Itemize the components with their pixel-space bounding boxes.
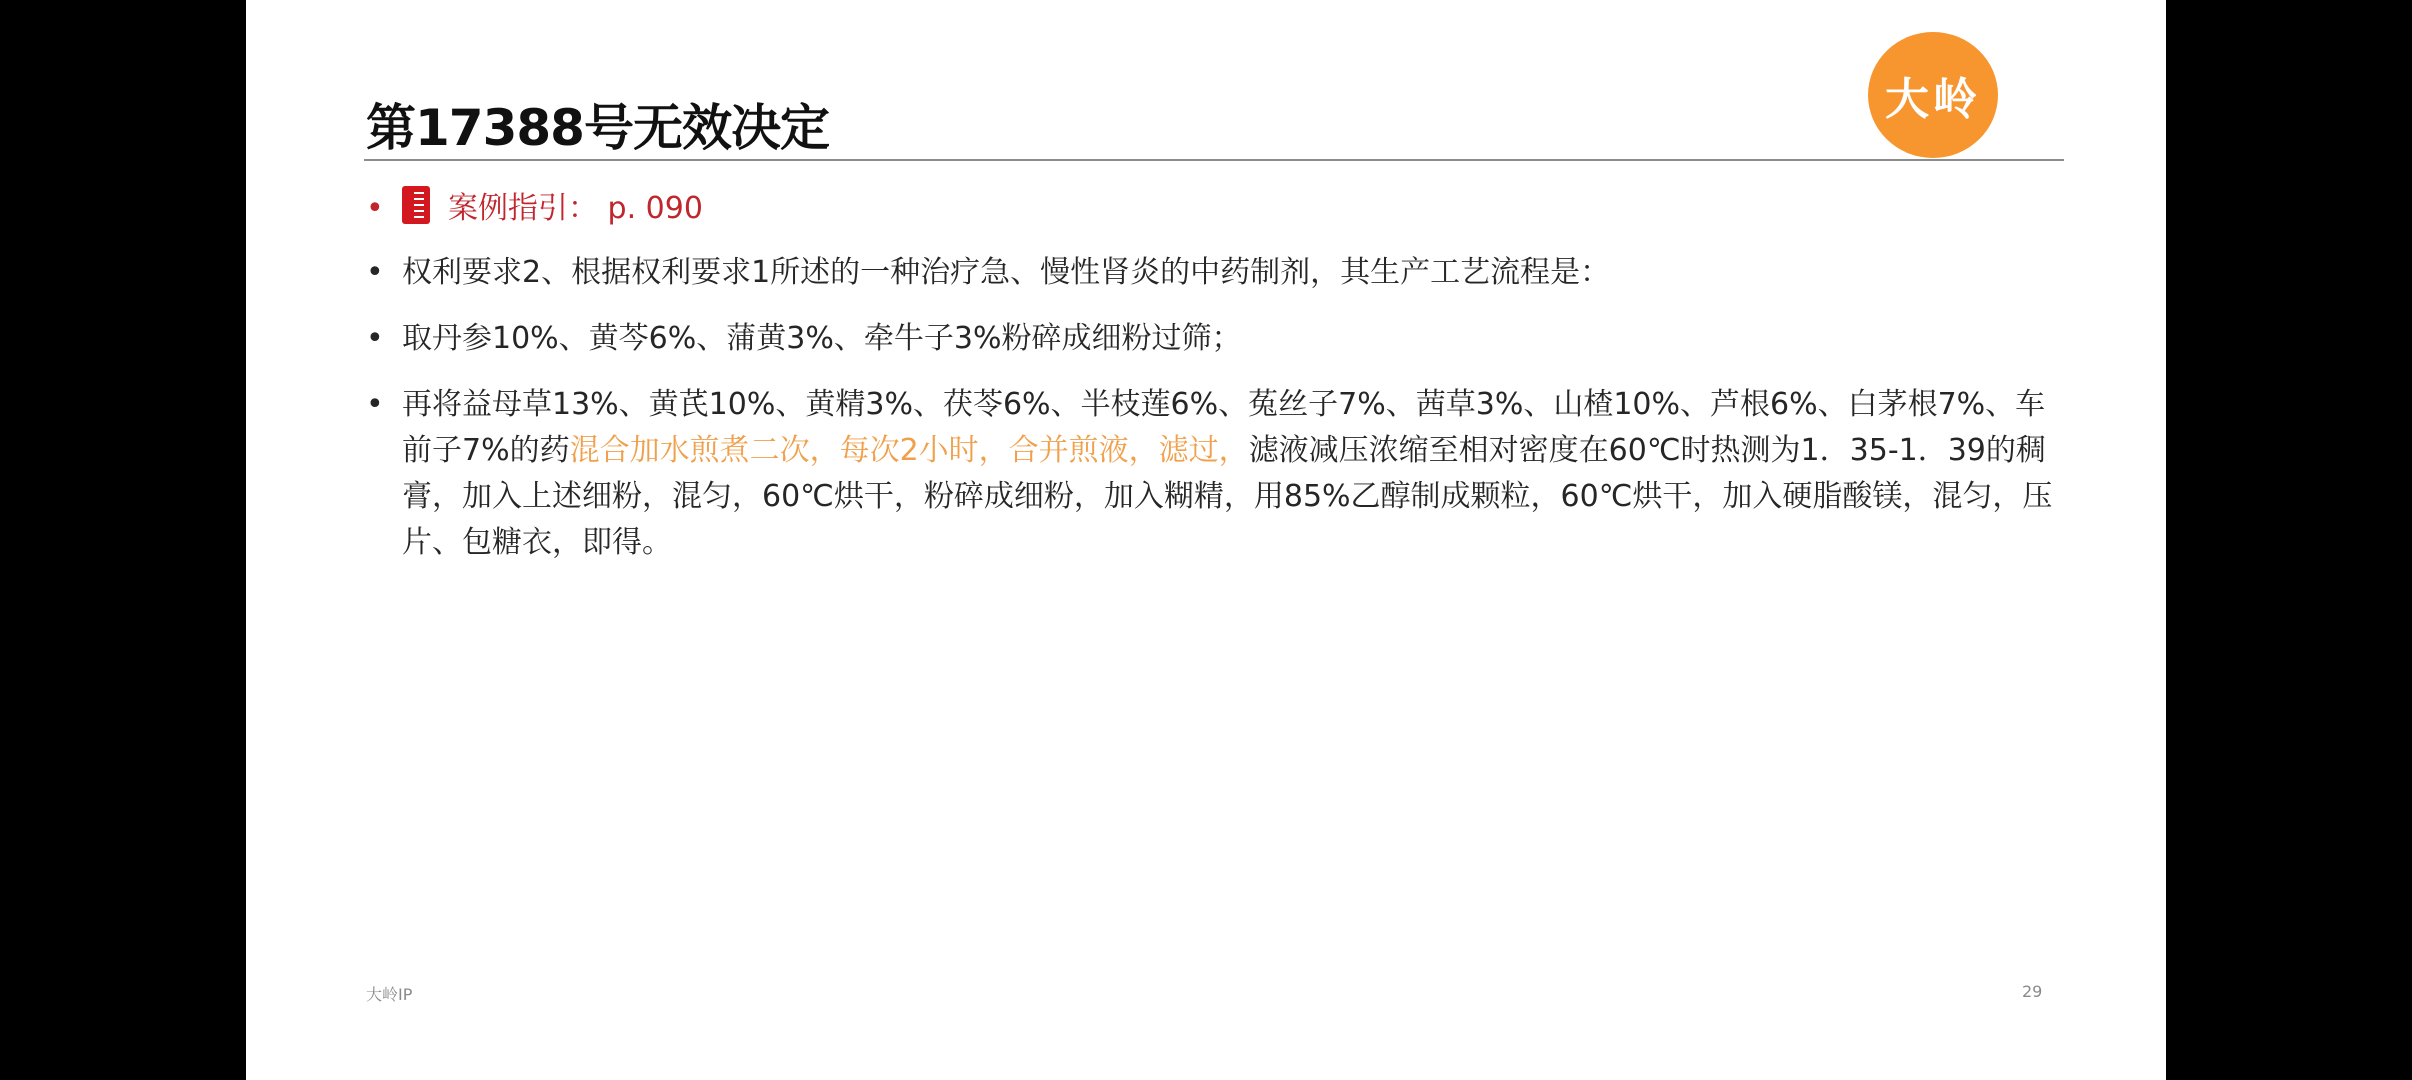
page-number: 29 [2022,982,2042,1001]
bullet-dot-icon: • [366,316,384,362]
book-icon [402,186,430,224]
bullet-step-2: • 再将益母草13%、黄芪10%、黄精3%、茯苓6%、半枝莲6%、菟丝子7%、茜… [364,382,2062,566]
bullet-claim: • 权利要求2、根据权利要求1所述的一种治疗急、慢性肾炎的中药制剂，其生产工艺流… [364,250,2064,296]
step-2-highlight: 混合加水煎煮二次，每次2小时，合并煎液，滤过， [570,433,1249,468]
case-reference-text: 案例指引： p. 090 [448,191,703,226]
bullet-dot-icon: • [366,186,384,232]
logo: 大岭 [1868,32,1998,158]
step-1-text: 取丹参10%、黄芩6%、蒲黄3%、牵牛子3%粉碎成细粉过筛； [402,321,1241,356]
slide: 第17388号无效决定 大岭 • 案例指引： p. 090 • 权利要求2、根据… [246,0,2166,1080]
slide-title: 第17388号无效决定 [366,88,829,160]
bullet-dot-icon: • [366,382,384,428]
claim-text: 权利要求2、根据权利要求1所述的一种治疗急、慢性肾炎的中药制剂，其生产工艺流程是… [402,255,1610,290]
bullet-dot-icon: • [366,250,384,296]
bullet-case-reference: • 案例指引： p. 090 [364,186,2064,232]
slide-content: • 案例指引： p. 090 • 权利要求2、根据权利要求1所述的一种治疗急、慢… [364,186,2064,586]
footer-brand: 大岭IP [366,982,412,1005]
title-divider [364,159,2064,161]
bullet-step-1: • 取丹参10%、黄芩6%、蒲黄3%、牵牛子3%粉碎成细粉过筛； [364,316,2064,362]
